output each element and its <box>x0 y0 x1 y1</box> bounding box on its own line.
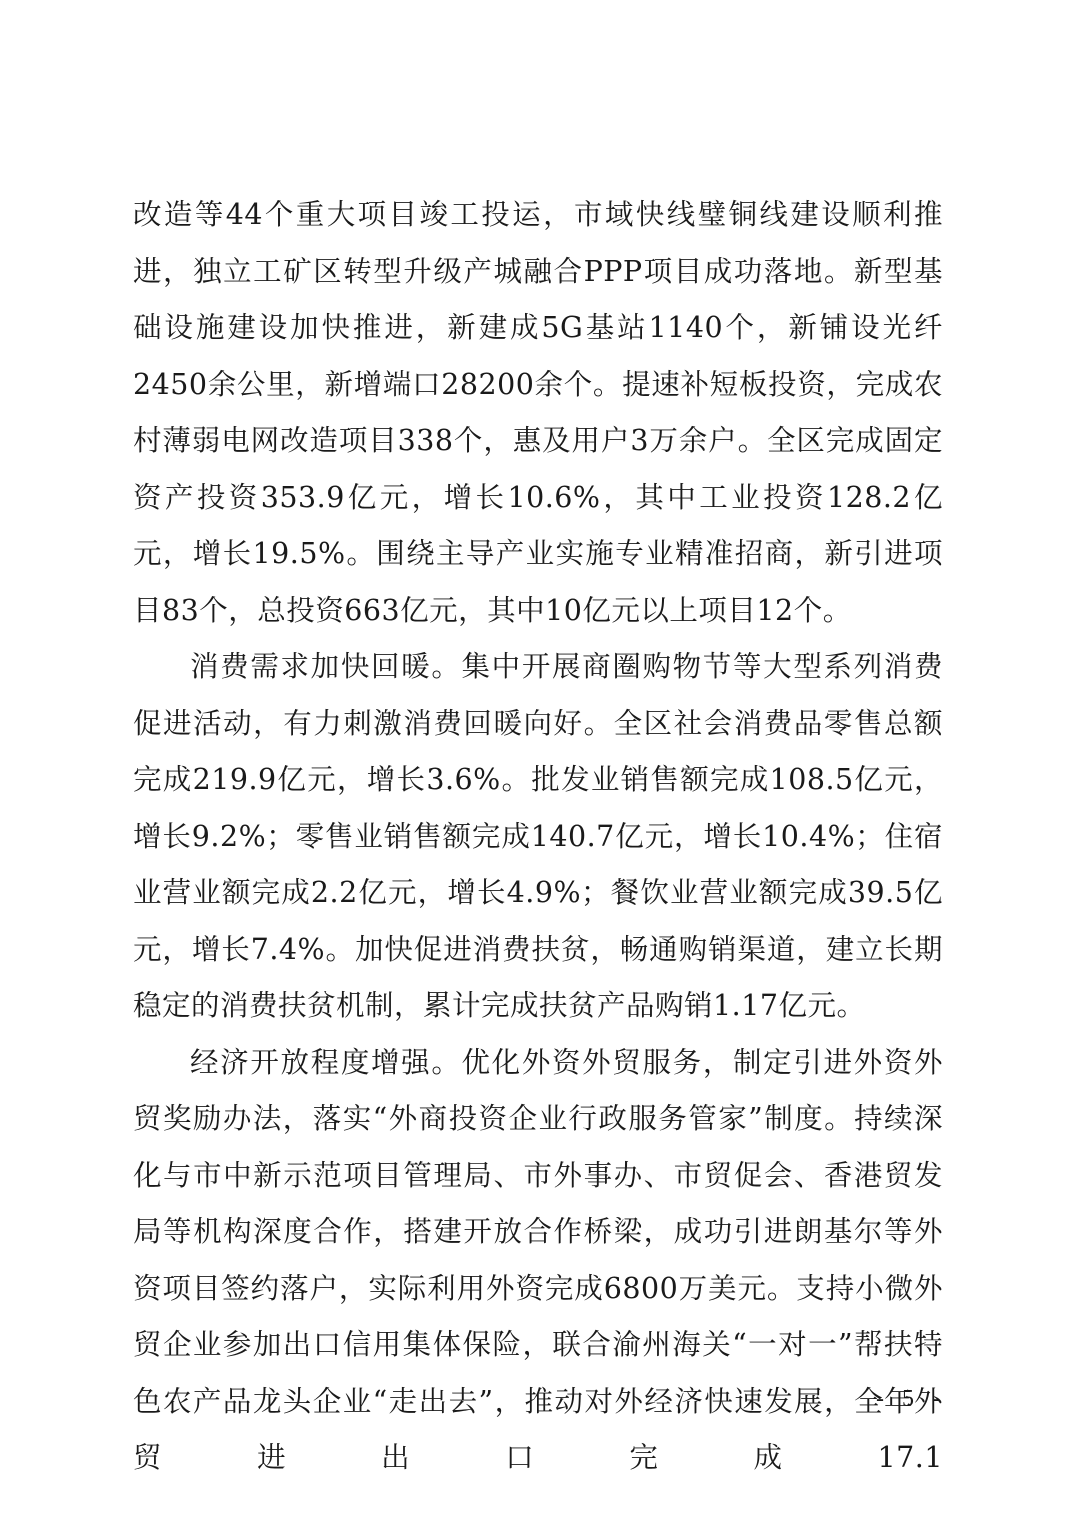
paragraph-economic-openness: 经济开放程度增强。优化外资外贸服务，制定引进外资外贸奖励办法，落实“外商投资企业… <box>133 1035 943 1487</box>
document-page: 改造等44个重大项目竣工投运，市域快线璧铜线建设顺利推进，独立工矿区转型升级产城… <box>0 0 1074 1520</box>
paragraph-infrastructure-investment: 改造等44个重大项目竣工投运，市域快线璧铜线建设顺利推进，独立工矿区转型升级产城… <box>133 187 943 639</box>
page-number: - 5 - <box>876 1386 946 1413</box>
body-text: 改造等44个重大项目竣工投运，市域快线璧铜线建设顺利推进，独立工矿区转型升级产城… <box>133 187 943 1487</box>
paragraph-consumption-recovery: 消费需求加快回暖。集中开展商圈购物节等大型系列消费促进活动，有力刺激消费回暖向好… <box>133 639 943 1035</box>
